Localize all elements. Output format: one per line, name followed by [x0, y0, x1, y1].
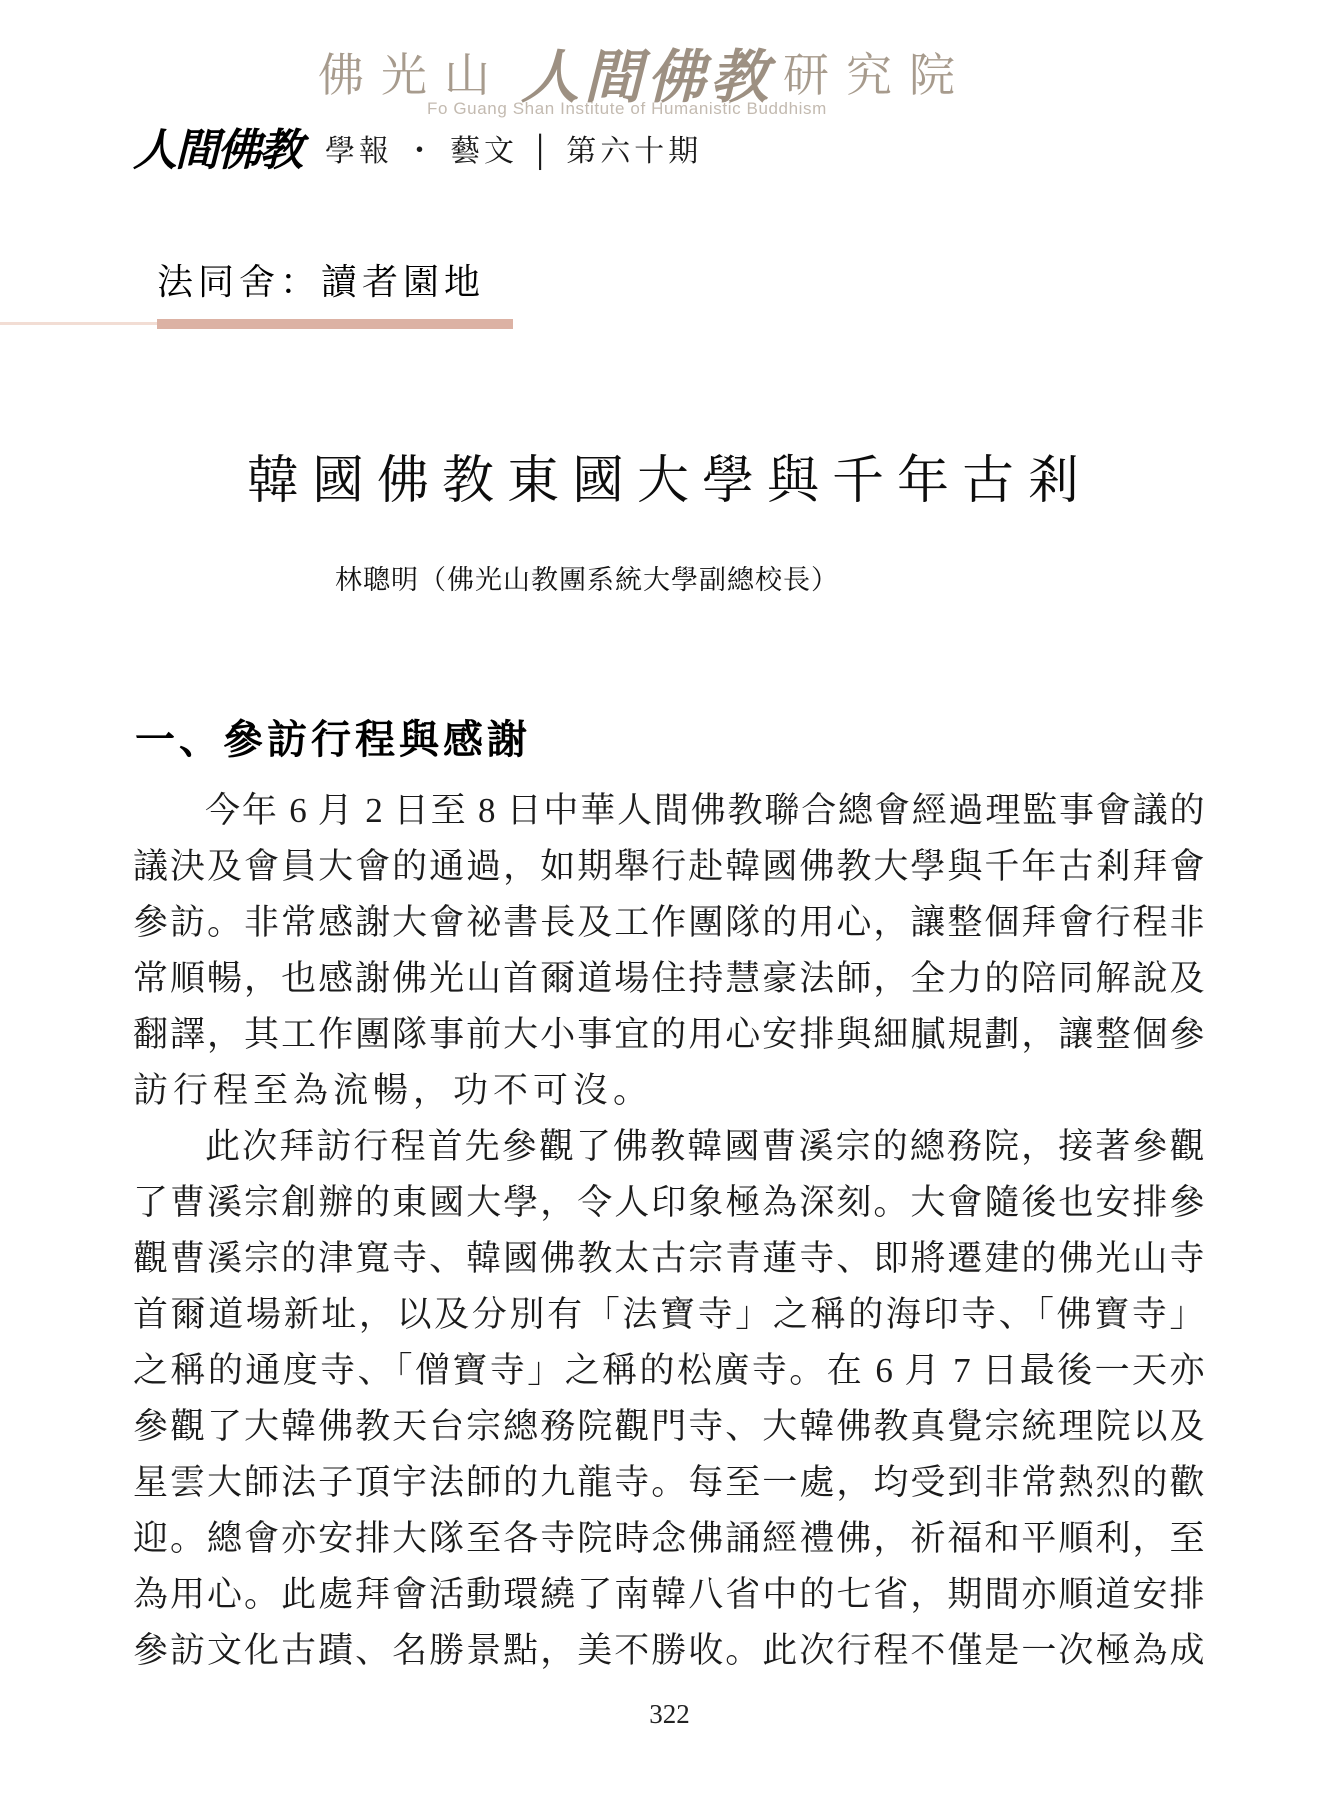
logo-text-institute: 研究院: [783, 50, 972, 101]
body-line: 迎。總會亦安排大隊至各寺院時念佛誦經禮佛，祈福和平順利，至: [133, 1511, 1205, 1567]
body-line: 參訪文化古蹟、名勝景點，美不勝收。此次行程不僅是一次極為成: [133, 1623, 1205, 1679]
body-line: 參觀了大韓佛教天台宗總務院觀門寺、大韓佛教真覺宗統理院以及: [133, 1399, 1205, 1455]
left-rule-line: [0, 322, 157, 325]
body-line: 首爾道場新址，以及分別有「法寶寺」之稱的海印寺、「佛寶寺」: [133, 1287, 1205, 1343]
journal-brand-calligraphy: 人間佛教: [133, 126, 301, 175]
body-line: 翻譯，其工作團隊事前大小事宜的用心安排與細膩規劃，讓整個參: [133, 1007, 1205, 1063]
article-body: 今年 6 月 2 日至 8 日中華人間佛教聯合總會經過理監事會議的 議決及會員大…: [133, 783, 1205, 1679]
body-line: 為用心。此處拜會活動環繞了南韓八省中的七省，期間亦順道安排: [133, 1567, 1205, 1623]
article-title: 韓國佛教東國大學與千年古剎: [0, 438, 1339, 513]
section-heading: 一、參訪行程與感謝: [135, 708, 531, 765]
body-line: 常順暢，也感謝佛光山首爾道場住持慧豪法師，全力的陪同解說及: [133, 951, 1205, 1007]
body-line: 觀曹溪宗的津寬寺、韓國佛教太古宗青蓮寺、即將遷建的佛光山寺: [133, 1231, 1205, 1287]
body-line: 議決及會員大會的通過，如期舉行赴韓國佛教大學與千年古剎拜會: [133, 839, 1205, 895]
journal-masthead: 人間佛教學報 ・ 藝文 │ 第六十期: [133, 114, 702, 178]
body-line: 之稱的通度寺、「僧寶寺」之稱的松廣寺。在 6 月 7 日最後一天亦: [133, 1343, 1205, 1399]
section-underline-bar: [157, 319, 513, 329]
body-line: 此次拜訪行程首先參觀了佛教韓國曹溪宗的總務院，接著參觀: [133, 1119, 1205, 1175]
body-line: 了曹溪宗創辦的東國大學，令人印象極為深刻。大會隨後也安排參: [133, 1175, 1205, 1231]
document-page: 佛光山人間佛教研究院 Fo Guang Shan Institute of Hu…: [0, 0, 1339, 1812]
body-line: 今年 6 月 2 日至 8 日中華人間佛教聯合總會經過理監事會議的: [133, 783, 1205, 839]
page-number: 322: [0, 1699, 1339, 1730]
body-line: 星雲大師法子頂宇法師的九龍寺。每至一處，均受到非常熱烈的歡: [133, 1455, 1205, 1511]
body-line: 參訪。非常感謝大會祕書長及工作團隊的用心，讓整個拜會行程非: [133, 895, 1205, 951]
section-label: 法同舍：讀者園地: [157, 254, 485, 305]
logo-text-fo-guang-shan: 佛光山: [318, 50, 507, 101]
body-line: 訪行程至為流暢，功不可沒。: [133, 1063, 1205, 1119]
journal-issue-info: 學報 ・ 藝文 │ 第六十期: [325, 135, 702, 168]
article-author: 林聰明（佛光山教團系統大學副總校長）: [335, 558, 839, 597]
